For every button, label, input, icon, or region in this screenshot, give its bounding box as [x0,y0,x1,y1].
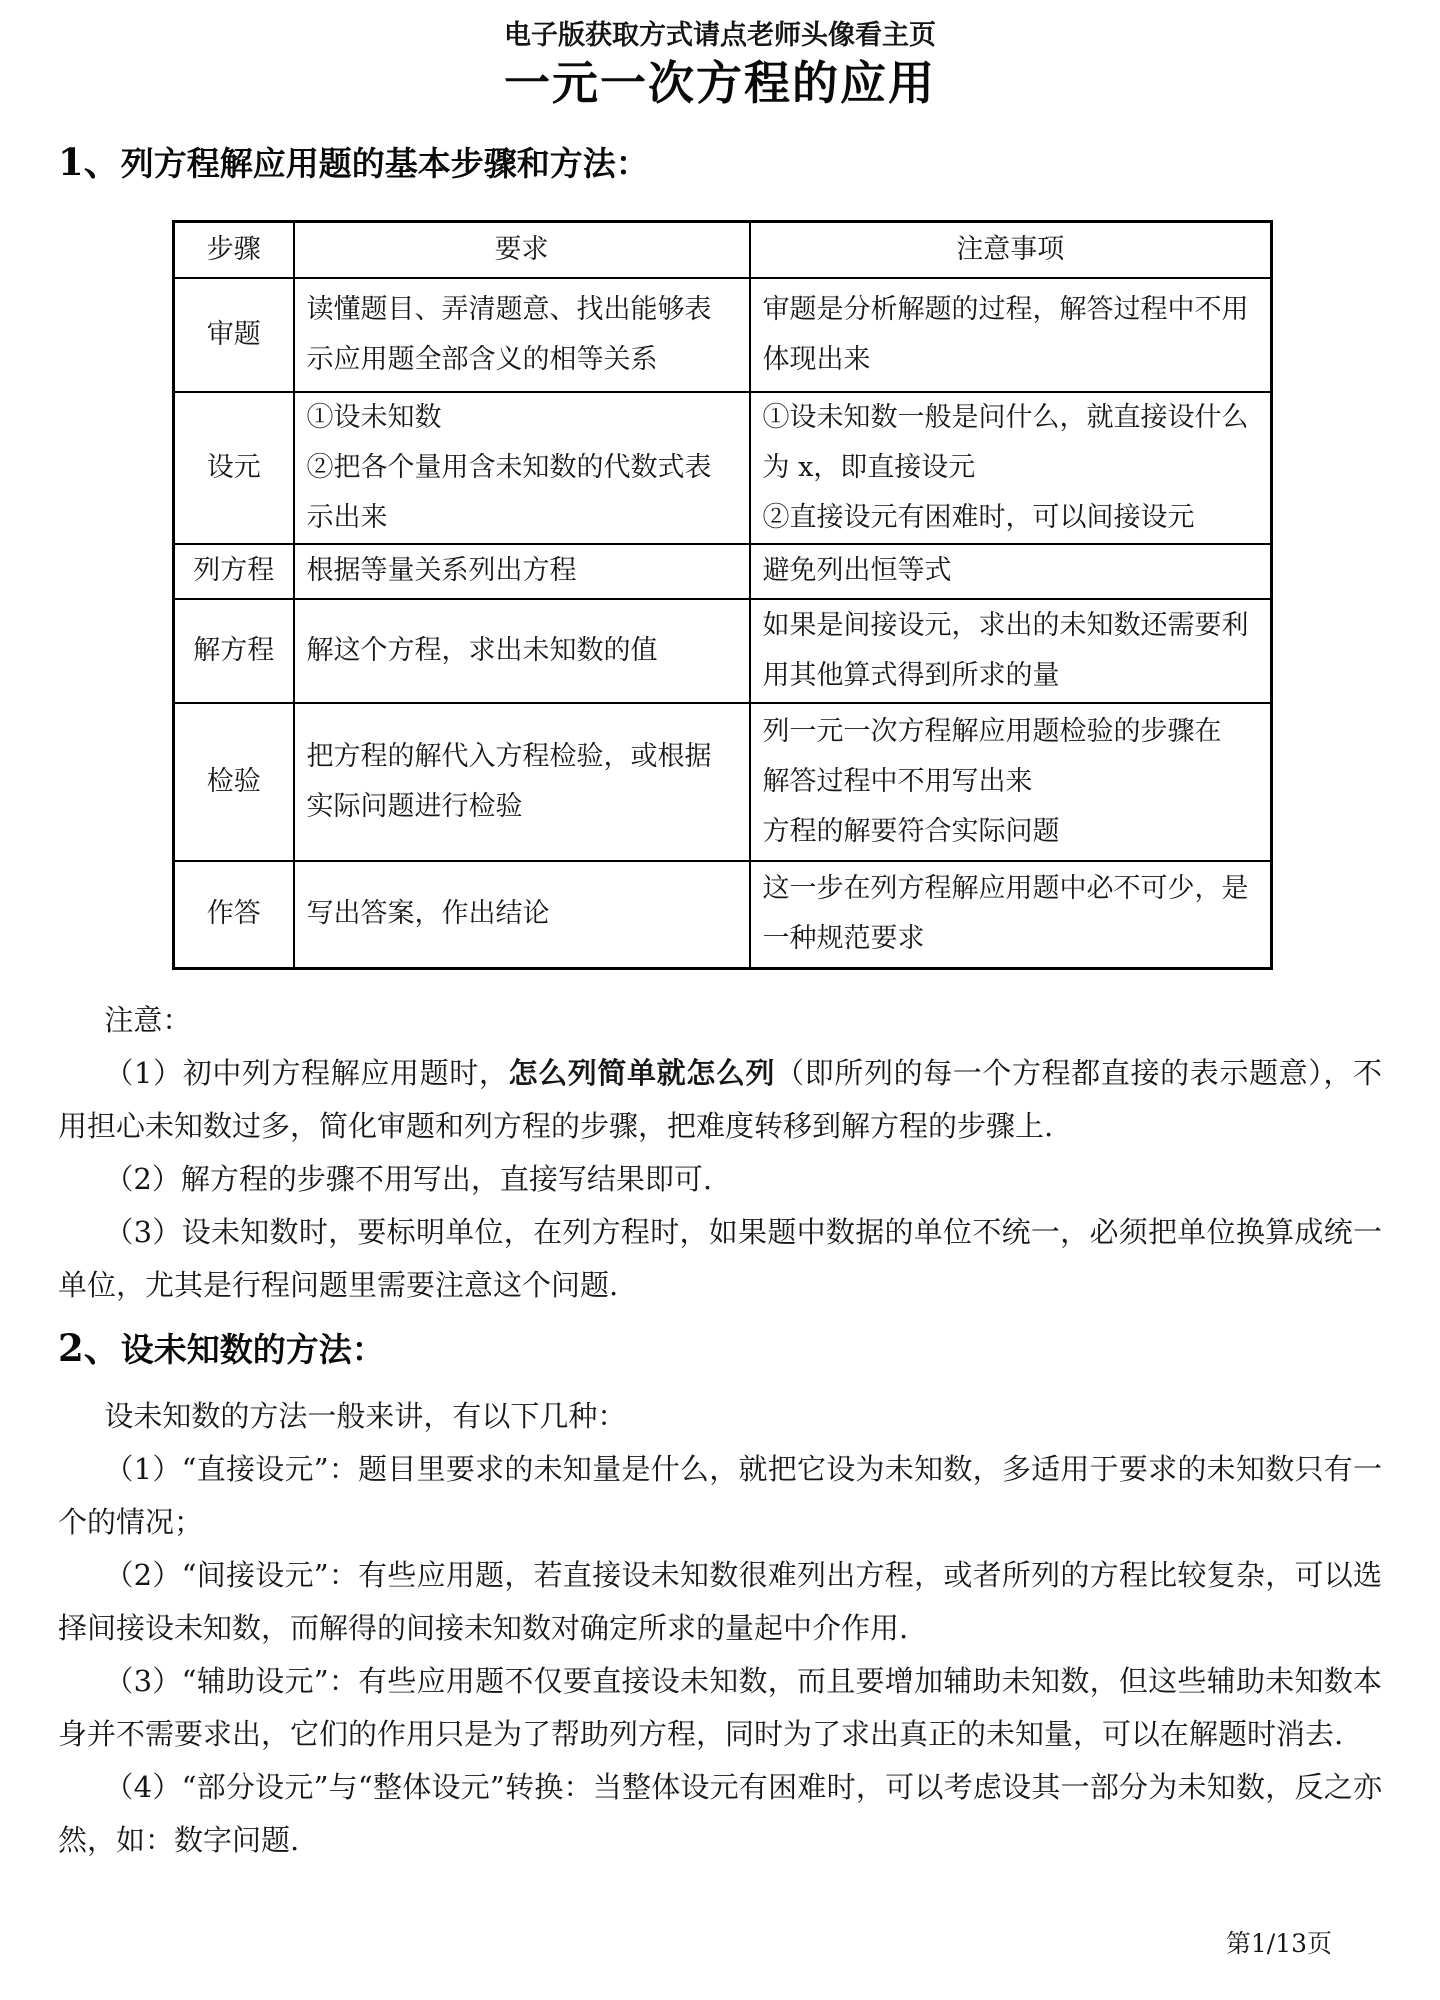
cell-step: 检验 [174,703,294,861]
note-paragraph-2: （2）解方程的步骤不用写出，直接写结果即可. [58,1153,1382,1206]
section1-heading-text: 列方程解应用题的基本步骤和方法： [121,144,649,183]
cell-note: 避免列出恒等式 [750,544,1272,599]
section2-item-4: （4）“部分设元”与“整体设元”转换：当整体设元有困难时，可以考虑设其一部分为未… [58,1761,1382,1867]
header-step: 步骤 [174,222,294,278]
section2-number: 2、 [58,1326,121,1370]
table-row: 设元 ①设未知数 ②把各个量用含未知数的代数式表 示出来 ①设未知数一般是问什么… [174,392,1272,544]
cell-note: 审题是分析解题的过程，解答过程中不用 体现出来 [750,278,1272,392]
notes-label: 注意： [58,994,1382,1047]
table-row: 解方程 解这个方程，求出未知数的值 如果是间接设元，求出的未知数还需要利 用其他… [174,599,1272,703]
cell-step: 列方程 [174,544,294,599]
cell-note: ①设未知数一般是问什么，就直接设什么 为 x，即直接设元 ②直接设元有困难时，可… [750,392,1272,544]
cell-requirement: 写出答案，作出结论 [294,861,750,969]
cell-requirement: 读懂题目、弄清题意、找出能够表 示应用题全部含义的相等关系 [294,278,750,392]
cell-note: 如果是间接设元，求出的未知数还需要利 用其他算式得到所求的量 [750,599,1272,703]
cell-step: 设元 [174,392,294,544]
note-paragraph-3: （3）设未知数时，要标明单位，在列方程时，如果题中数据的单位不统一，必须把单位换… [58,1206,1382,1312]
table-row: 检验 把方程的解代入方程检验，或根据 实际问题进行检验 列一元一次方程解应用题检… [174,703,1272,861]
cell-step: 解方程 [174,599,294,703]
header-notes: 注意事项 [750,222,1272,278]
table-row: 列方程 根据等量关系列出方程 避免列出恒等式 [174,544,1272,599]
section2-item-2: （2）“间接设元”：有些应用题，若直接设未知数很难列出方程，或者所列的方程比较复… [58,1549,1382,1655]
table-row: 审题 读懂题目、弄清题意、找出能够表 示应用题全部含义的相等关系 审题是分析解题… [174,278,1272,392]
table-row: 作答 写出答案，作出结论 这一步在列方程解应用题中必不可少，是 一种规范要求 [174,861,1272,969]
section2-item-1: （1）“直接设元”：题目里要求的未知量是什么，就把它设为未知数，多适用于要求的未… [58,1443,1382,1549]
page-number: 第1/13页 [1226,1924,1332,1960]
section2-item-3: （3）“辅助设元”：有些应用题不仅要直接设未知数，而且要增加辅助未知数，但这些辅… [58,1655,1382,1761]
section2-intro: 设未知数的方法一般来讲，有以下几种： [58,1390,1382,1443]
cell-requirement: 把方程的解代入方程检验，或根据 实际问题进行检验 [294,703,750,861]
header-requirement: 要求 [294,222,750,278]
header-note: 电子版获取方式请点老师头像看主页 [0,20,1440,52]
cell-note: 列一元一次方程解应用题检验的步骤在 解答过程中不用写出来 方程的解要符合实际问题 [750,703,1272,861]
note1-pre: （1）初中列方程解应用题时， [104,1056,508,1090]
page-title: 一元一次方程的应用 [0,56,1440,110]
section1-number: 1、 [58,140,121,184]
cell-requirement: 根据等量关系列出方程 [294,544,750,599]
cell-note: 这一步在列方程解应用题中必不可少，是 一种规范要求 [750,861,1272,969]
note1-bold-phrase: 怎么列简单就怎么列 [509,1056,776,1090]
steps-table: 步骤 要求 注意事项 审题 读懂题目、弄清题意、找出能够表 示应用题全部含义的相… [172,220,1273,970]
table-header-row: 步骤 要求 注意事项 [174,222,1272,278]
section2-heading: 2、设未知数的方法： [58,1326,1382,1372]
document-page: 电子版获取方式请点老师头像看主页 一元一次方程的应用 1、列方程解应用题的基本步… [0,0,1440,2000]
cell-step: 作答 [174,861,294,969]
cell-requirement: 解这个方程，求出未知数的值 [294,599,750,703]
note-paragraph-1: （1）初中列方程解应用题时，怎么列简单就怎么列（即所列的每一个方程都直接的表示题… [58,1047,1382,1153]
section1-heading: 1、列方程解应用题的基本步骤和方法： [58,140,1382,186]
cell-step: 审题 [174,278,294,392]
section2-heading-text: 设未知数的方法： [121,1330,385,1369]
cell-requirement: ①设未知数 ②把各个量用含未知数的代数式表 示出来 [294,392,750,544]
